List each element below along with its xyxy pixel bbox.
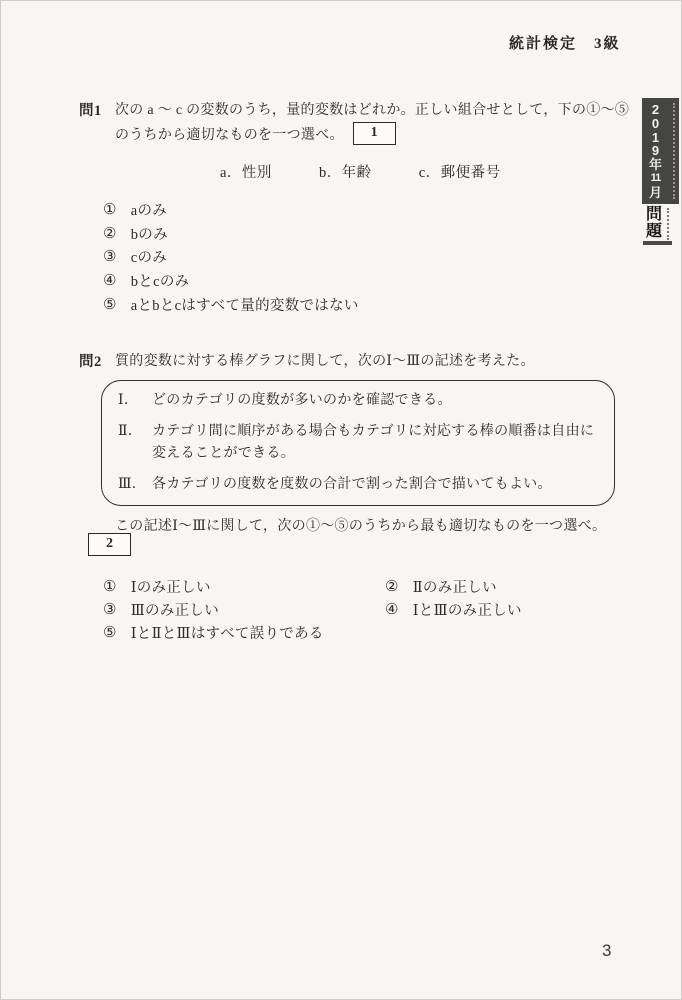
statement-text: カテゴリ間に順序がある場合もカテゴリに対応する棒の順番は自由に変えることができる… xyxy=(152,421,596,465)
question-2-text: 質的変数に対する棒グラフに関して，次のⅠ～Ⅲの記述を考えた。 xyxy=(115,350,535,370)
option-marker: ⑤ xyxy=(103,295,117,314)
tab-section-dotted-line xyxy=(667,208,669,240)
question-2-label: 問2 xyxy=(79,350,102,371)
option-text: ⅠとⅡとⅢはすべて誤りである xyxy=(131,622,324,643)
option-text: bのみ xyxy=(131,223,168,244)
tab-section-label: 問 題 xyxy=(645,207,663,241)
page-number: 3 xyxy=(602,941,611,961)
exam-page: 統計検定 3級 2 0 1 9 年 11 月 問 題 問1 次の a ～ c の… xyxy=(0,0,682,1000)
tab-section-char: 題 xyxy=(645,224,663,240)
question-1-text-line-2-text: のうちから適切なものを一つ選べ。 xyxy=(115,124,344,144)
statement-box: Ⅰ． どのカテゴリの度数が多いのかを確認できる。 Ⅱ． カテゴリ間に順序がある場… xyxy=(101,380,615,506)
option-marker: ③ xyxy=(103,600,117,619)
statement-item: Ⅲ． 各カテゴリの度数を度数の合計で割った割合で描いてもよい。 xyxy=(118,474,596,496)
statement-text: どのカテゴリの度数が多いのかを確認できる。 xyxy=(152,390,596,412)
tab-date-char: 11 xyxy=(651,172,661,185)
question-2-option-list: ① Ⅰのみ正しい ② Ⅱのみ正しい ③ Ⅲのみ正しい ④ ⅠとⅢのみ正しい ⑤ … xyxy=(103,575,522,644)
tab-date-char: 0 xyxy=(652,117,659,130)
tab-date-badge: 2 0 1 9 年 11 月 xyxy=(642,98,679,204)
option-text: Ⅲのみ正しい xyxy=(131,599,219,620)
option-item: ⑤ aとbとcはすべて量的変数ではない xyxy=(103,292,359,316)
statement-item: Ⅰ． どのカテゴリの度数が多いのかを確認できる。 xyxy=(118,390,596,412)
tab-date-char: 9 xyxy=(652,144,659,157)
option-marker: ⑤ xyxy=(103,623,117,642)
question-1-text-line-1: 次の a ～ c の変数のうち，量的変数はどれか。正しい組合せとして，下の①～⑤ xyxy=(115,99,629,119)
question-1-text-line-2: のうちから適切なものを一つ選べ。 1 xyxy=(115,122,396,145)
tab-date-char: 年 xyxy=(649,158,662,171)
answer-number-box-2: 2 xyxy=(88,533,131,556)
variable-item: a．性別 xyxy=(220,161,272,182)
statement-text: 各カテゴリの度数を度数の合計で割った割合で描いてもよい。 xyxy=(152,474,596,496)
option-text: cのみ xyxy=(131,246,167,267)
option-text: aとbとcはすべて量的変数ではない xyxy=(131,294,359,315)
tab-date-text: 2 0 1 9 年 11 月 xyxy=(642,103,669,199)
statement-marker: Ⅱ． xyxy=(118,421,152,465)
tab-date-char: 月 xyxy=(649,186,662,199)
tab-underline-bar xyxy=(643,241,672,245)
option-item: ③ Ⅲのみ正しい xyxy=(103,598,385,621)
option-item: ③ cのみ xyxy=(103,245,359,269)
option-item: ⑤ ⅠとⅡとⅢはすべて誤りである xyxy=(103,621,522,644)
page-title: 統計検定 3級 xyxy=(509,32,621,53)
variable-item: c．郵便番号 xyxy=(419,161,501,182)
statement-marker: Ⅲ． xyxy=(118,474,152,496)
statement-marker: Ⅰ． xyxy=(118,390,152,412)
statement-item: Ⅱ． カテゴリ間に順序がある場合もカテゴリに対応する棒の順番は自由に変えることが… xyxy=(118,421,596,465)
instruction-text: この記述Ⅰ～Ⅲに関して，次の①～⑤のうちから最も適切なものを一つ選べ。 xyxy=(115,515,606,535)
option-marker: ③ xyxy=(103,247,117,266)
option-marker: ① xyxy=(103,200,117,219)
option-marker: ① xyxy=(103,577,117,596)
option-marker: ② xyxy=(103,224,117,243)
option-item: ① aのみ xyxy=(103,198,359,222)
option-text: Ⅱのみ正しい xyxy=(413,576,497,597)
variable-item: b．年齢 xyxy=(319,161,372,182)
option-text: ⅠとⅢのみ正しい xyxy=(413,599,522,620)
option-item: ④ ⅠとⅢのみ正しい xyxy=(385,598,522,621)
tab-dotted-line xyxy=(673,103,675,199)
option-item: ② Ⅱのみ正しい xyxy=(385,575,522,598)
option-item: ① Ⅰのみ正しい xyxy=(103,575,385,598)
option-marker: ② xyxy=(385,577,399,596)
variable-list: a．性別 b．年齢 c．郵便番号 xyxy=(220,161,501,182)
tab-date-char: 2 xyxy=(652,103,659,116)
option-text: Ⅰのみ正しい xyxy=(131,576,211,597)
option-item: ④ bとcのみ xyxy=(103,269,359,293)
tab-date-char: 1 xyxy=(652,131,659,144)
question-1-option-list: ① aのみ ② bのみ ③ cのみ ④ bとcのみ ⑤ aとbとcはすべて量的変… xyxy=(103,198,359,316)
option-text: bとcのみ xyxy=(131,270,190,291)
option-text: aのみ xyxy=(131,199,167,220)
option-item: ② bのみ xyxy=(103,222,359,246)
option-marker: ④ xyxy=(385,600,399,619)
option-marker: ④ xyxy=(103,271,117,290)
answer-number-box-1: 1 xyxy=(353,122,396,145)
question-1-label: 問1 xyxy=(79,99,102,120)
tab-section-char: 問 xyxy=(645,207,663,223)
